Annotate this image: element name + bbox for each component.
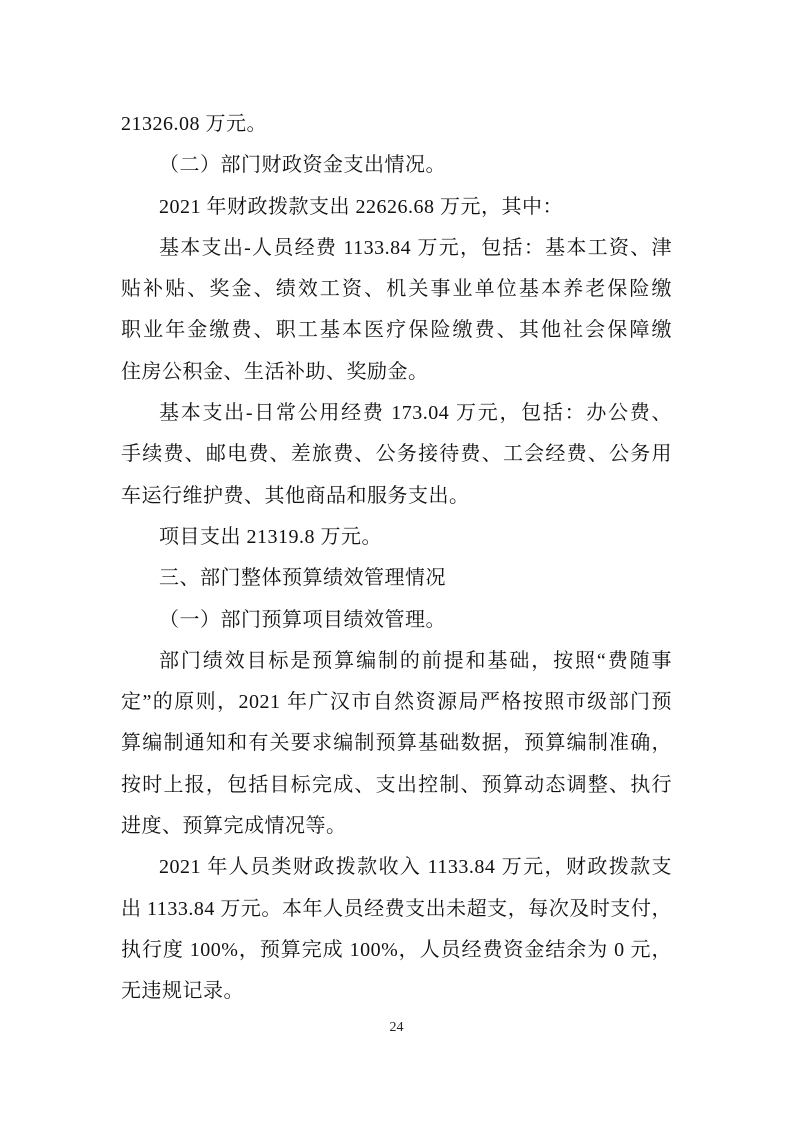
para-basic-personnel: 基本支出-人员经费 1133.84 万元，包括：基本工资、津贴补贴、奖金、绩效工… [121,228,672,393]
document-page: 21326.08 万元。（二）部门财政资金支出情况。2021 年财政拨款支出 2… [0,0,793,1122]
document-body: 21326.08 万元。（二）部门财政资金支出情况。2021 年财政拨款支出 2… [121,104,672,1013]
text-line: 定”的原则，2021 年广汉市自然资源局严格按照市级部门预 [121,682,672,723]
text-line: 按时上报，包括目标完成、支出控制、预算动态调整、执行 [121,765,672,806]
text-line: 手续费、邮电费、差旅费、公务接待费、工会经费、公务用 [121,434,672,475]
para-continuation: 21326.08 万元。 [121,104,672,145]
para-project-expenditure: 项目支出 21319.8 万元。 [121,517,672,558]
text-line: 21326.08 万元。 [121,104,672,145]
text-line: 住房公积金、生活补助、奖励金。 [121,352,672,393]
para-total-expenditure: 2021 年财政拨款支出 22626.68 万元，其中： [121,187,672,228]
text-line: 职业年金缴费、职工基本医疗保险缴费、其他社会保障缴费、 [121,310,672,351]
text-line: （二）部门财政资金支出情况。 [121,145,672,186]
text-line: 出 1133.84 万元。本年人员经费支出未超支，每次及时支付， [121,889,672,930]
heading-section-3: 三、部门整体预算绩效管理情况 [121,558,672,599]
text-line: 执行度 100%，预算完成 100%，人员经费资金结余为 0 元， [121,930,672,971]
text-line: 贴补贴、奖金、绩效工资、机关事业单位基本养老保险缴费、 [121,269,672,310]
text-line: 2021 年财政拨款支出 22626.68 万元，其中： [121,187,672,228]
text-line: 无违规记录。 [121,971,672,1012]
text-line: 部门绩效目标是预算编制的前提和基础，按照“费随事 [121,641,672,682]
page-number: 24 [0,1018,793,1038]
para-performance-targets: 部门绩效目标是预算编制的前提和基础，按照“费随事定”的原则，2021 年广汉市自… [121,641,672,847]
text-line: 进度、预算完成情况等。 [121,806,672,847]
heading-section-3-1: （一）部门预算项目绩效管理。 [121,600,672,641]
text-line: 2021 年人员类财政拨款收入 1133.84 万元，财政拨款支 [121,847,672,888]
para-personnel-funding: 2021 年人员类财政拨款收入 1133.84 万元，财政拨款支出 1133.8… [121,847,672,1012]
text-line: 项目支出 21319.8 万元。 [121,517,672,558]
text-line: 算编制通知和有关要求编制预算基础数据，预算编制准确， [121,723,672,764]
para-basic-daily: 基本支出-日常公用经费 173.04 万元，包括：办公费、手续费、邮电费、差旅费… [121,393,672,517]
text-line: 基本支出-日常公用经费 173.04 万元，包括：办公费、 [121,393,672,434]
heading-section-2: （二）部门财政资金支出情况。 [121,145,672,186]
text-line: 三、部门整体预算绩效管理情况 [121,558,672,599]
text-line: 基本支出-人员经费 1133.84 万元，包括：基本工资、津 [121,228,672,269]
text-line: （一）部门预算项目绩效管理。 [121,600,672,641]
text-line: 车运行维护费、其他商品和服务支出。 [121,476,672,517]
